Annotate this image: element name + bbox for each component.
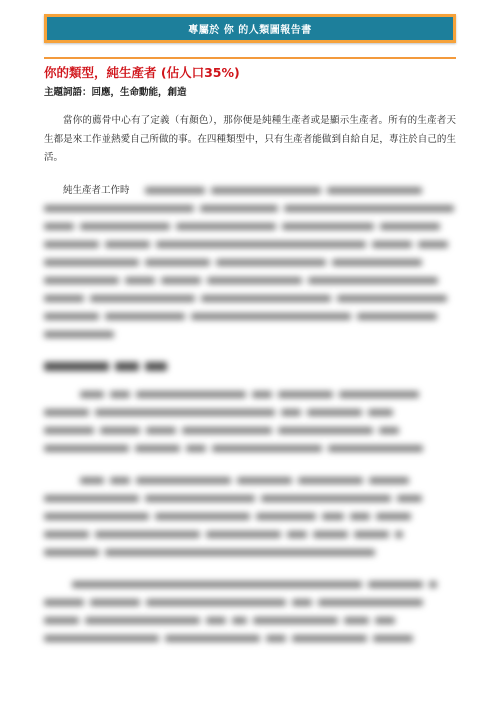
blurred-text-block <box>44 182 456 648</box>
locked-content: 純生產者工作時 <box>44 182 456 648</box>
theme-keywords: 主題詞語：回應，生命動能，創造 <box>44 86 456 100</box>
blurred-paragraph <box>44 386 456 458</box>
report-title: 專屬於 你 的人類圖報告書 <box>188 21 311 36</box>
blurred-paragraph <box>44 576 456 648</box>
section-divider <box>44 57 456 59</box>
blurred-paragraph <box>44 182 456 344</box>
blurred-subheading <box>44 358 456 376</box>
report-content: 你的類型，純生產者 (佔人口35%) 主題詞語：回應，生命動能，創造 當你的薦骨… <box>44 64 456 662</box>
blurred-paragraph-lead: 純生產者工作時 <box>44 182 456 200</box>
type-heading: 你的類型，純生產者 (佔人口35%) <box>44 64 456 82</box>
report-title-banner: 專屬於 你 的人類圖報告書 <box>44 14 456 43</box>
intro-paragraph: 當你的薦骨中心有了定義（有顏色），那你便是純種生產者或是顯示生產者。所有的生產者… <box>44 112 456 168</box>
blurred-paragraph <box>44 472 456 562</box>
